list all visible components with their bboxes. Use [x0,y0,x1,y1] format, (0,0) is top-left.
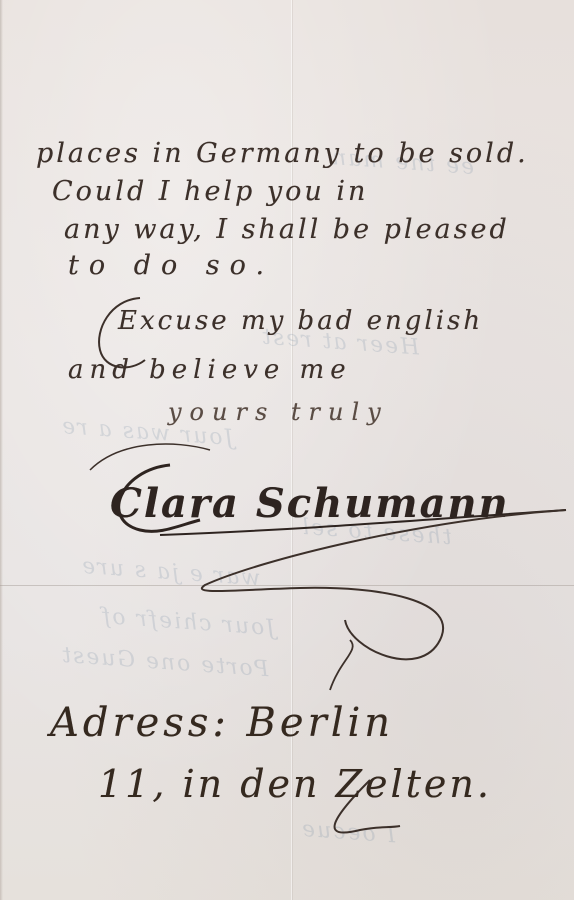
bleed-through-text: Jour chiefr of [99,604,276,641]
closing-line: Excuse my bad english [118,306,483,336]
bleed-through-text: I oecue [299,817,396,849]
horizontal-fold-line [0,585,574,586]
address-line-city: Adress: Berlin [50,700,394,746]
letter-line: places in Germany to be sold. [36,138,529,169]
closing-line: and believe me [68,355,352,385]
paper-edge [0,0,3,900]
letter-line: Could I help you in [52,176,368,207]
address-line-street: 11, in den Zelten. [98,762,492,806]
letter-line: to do so. [68,250,274,281]
letter-page: ee the man Heer at rest Jour was a re th… [0,0,574,900]
signature: Clara Schumann [110,480,510,527]
letter-line: any way, I shall be pleased [64,214,510,245]
bleed-through-text: Porte one Guest [59,643,269,683]
closing-line: yours truly [168,398,389,426]
